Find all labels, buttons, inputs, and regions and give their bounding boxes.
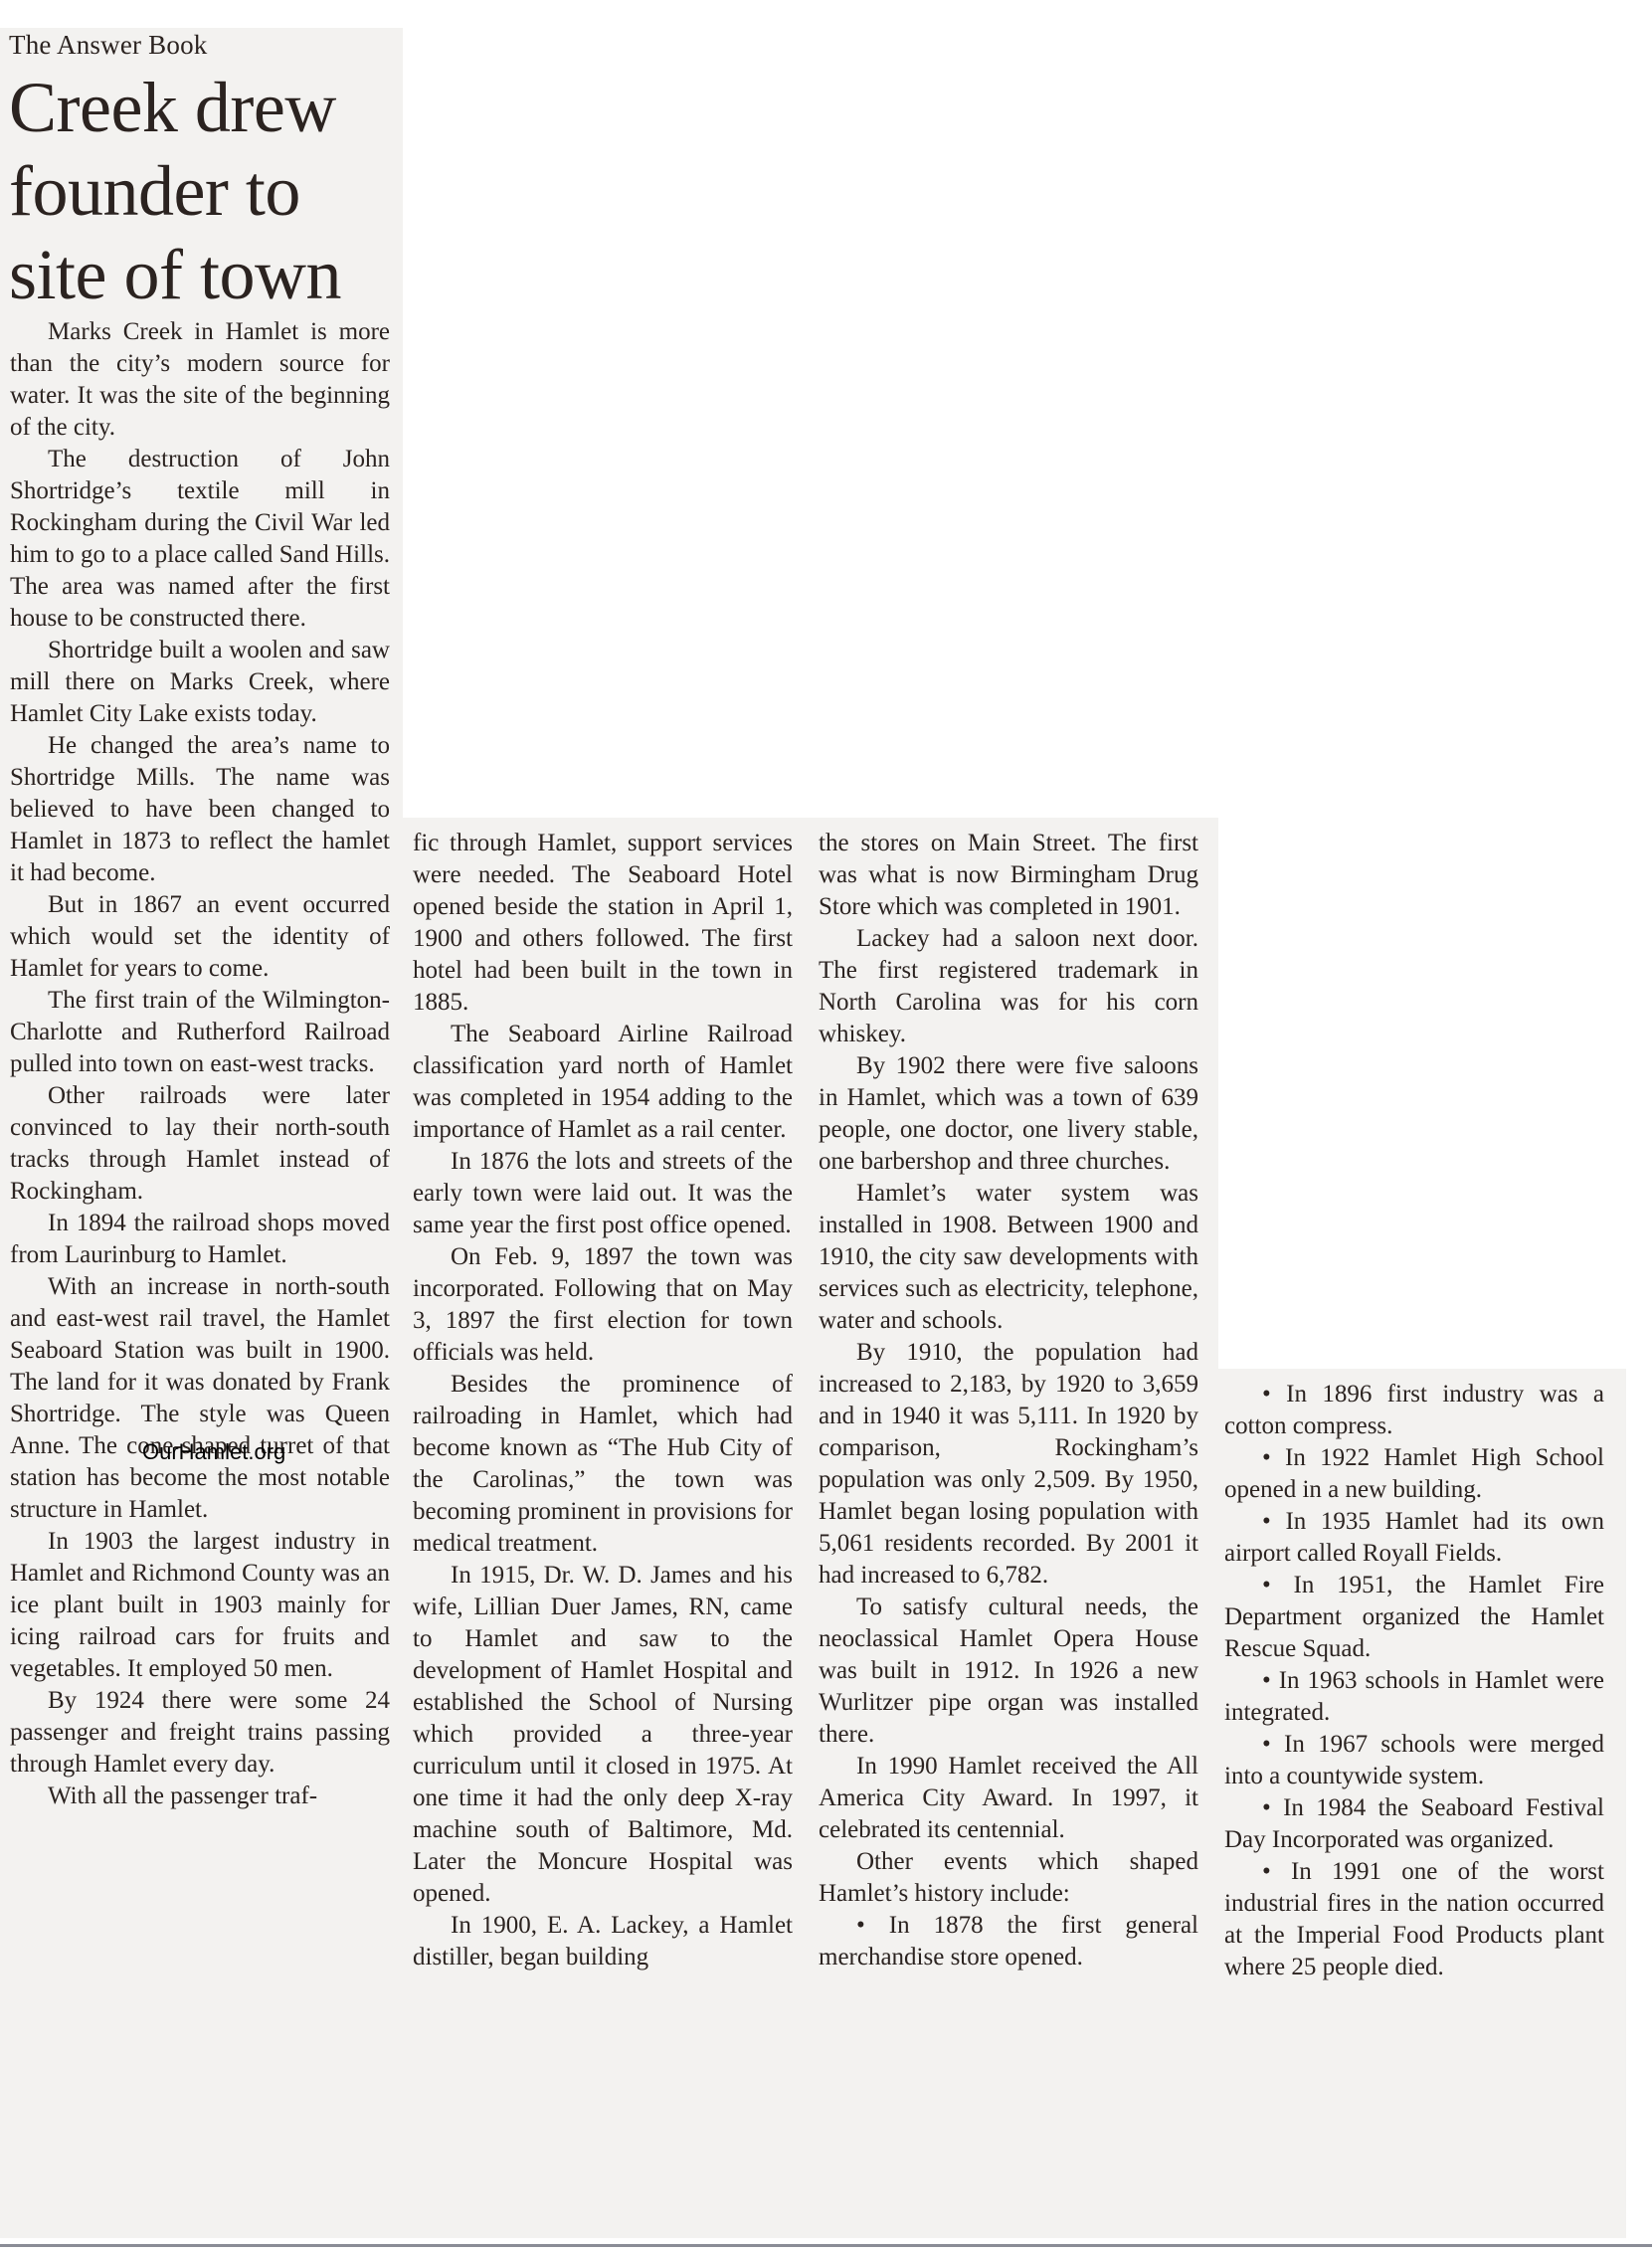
bullet-item: In 1967 schools were merged into a count… <box>1224 1729 1604 1792</box>
paragraph: The Seaboard Airline Railroad classifica… <box>413 1019 793 1146</box>
paragraph: On Feb. 9, 1897 the town was incorporate… <box>413 1241 793 1369</box>
paragraph: But in 1867 an event occurred which woul… <box>10 889 390 985</box>
paragraph: By 1902 there were five saloons in Hamle… <box>819 1050 1198 1178</box>
paragraph: With all the passenger traf- <box>10 1781 390 1812</box>
paragraph: Other events which shaped Hamlet’s histo… <box>819 1846 1198 1910</box>
headline: Creek drew founder to site of town <box>9 66 407 316</box>
paragraph: Besides the prominence of railroading in… <box>413 1369 793 1560</box>
bullet-item: In 1896 first industry was a cotton comp… <box>1224 1379 1604 1442</box>
paragraph: In 1900, E. A. Lackey, a Hamlet distille… <box>413 1910 793 1973</box>
bullet-item: In 1935 Hamlet had its own airport calle… <box>1224 1506 1604 1570</box>
paragraph: In 1915, Dr. W. D. James and his wife, L… <box>413 1560 793 1910</box>
paragraph: Shortridge built a woolen and saw mill t… <box>10 635 390 730</box>
paragraph: The destruction of John Shortridge’s tex… <box>10 444 390 635</box>
paragraph: In 1990 Hamlet received the All America … <box>819 1751 1198 1846</box>
article-column-3: the stores on Main Street. The first was… <box>819 828 1198 1973</box>
bullet-item: In 1951, the Hamlet Fire Department orga… <box>1224 1570 1604 1665</box>
section-kicker: The Answer Book <box>9 30 207 61</box>
article-column-1: Marks Creek in Hamlet is more than the c… <box>10 316 390 1812</box>
paragraph: Other railroads were later convinced to … <box>10 1080 390 1208</box>
paragraph: Hamlet’s water system was installed in 1… <box>819 1178 1198 1337</box>
bullet-item: In 1922 Hamlet High School opened in a n… <box>1224 1442 1604 1506</box>
paragraph-continued: the stores on Main Street. The first was… <box>819 828 1198 923</box>
paragraph: In 1903 the largest industry in Hamlet a… <box>10 1526 390 1685</box>
paragraph: By 1924 there were some 24 passenger and… <box>10 1685 390 1781</box>
paragraph: Lackey had a saloon next door. The first… <box>819 923 1198 1050</box>
paragraph: By 1910, the population had increased to… <box>819 1337 1198 1592</box>
article-column-4: In 1896 first industry was a cotton comp… <box>1224 1379 1604 1983</box>
article-column-2: fic through Hamlet, support services wer… <box>413 828 793 1973</box>
paragraph-continued: fic through Hamlet, support services wer… <box>413 828 793 1019</box>
bullet-item: In 1991 one of the worst industrial fire… <box>1224 1856 1604 1983</box>
bullet-item: In 1963 schools in Hamlet were integrate… <box>1224 1665 1604 1729</box>
paragraph: In 1894 the railroad shops moved from La… <box>10 1208 390 1271</box>
paragraph: The first train of the Wilmington-Charlo… <box>10 985 390 1080</box>
paragraph: He changed the area’s name to Shortridge… <box>10 730 390 889</box>
paragraph: Marks Creek in Hamlet is more than the c… <box>10 316 390 444</box>
bullet-item: In 1984 the Seaboard Festival Day Incorp… <box>1224 1792 1604 1856</box>
paragraph: To satisfy cultural needs, the neoclassi… <box>819 1592 1198 1751</box>
paragraph: With an increase in north-south and east… <box>10 1271 390 1526</box>
scan-edge-divider <box>0 2244 1652 2247</box>
bullet-item: In 1878 the first general merchandise st… <box>819 1910 1198 1973</box>
site-watermark: OurHamlet.org <box>142 1439 285 1465</box>
paragraph: In 1876 the lots and streets of the earl… <box>413 1146 793 1241</box>
